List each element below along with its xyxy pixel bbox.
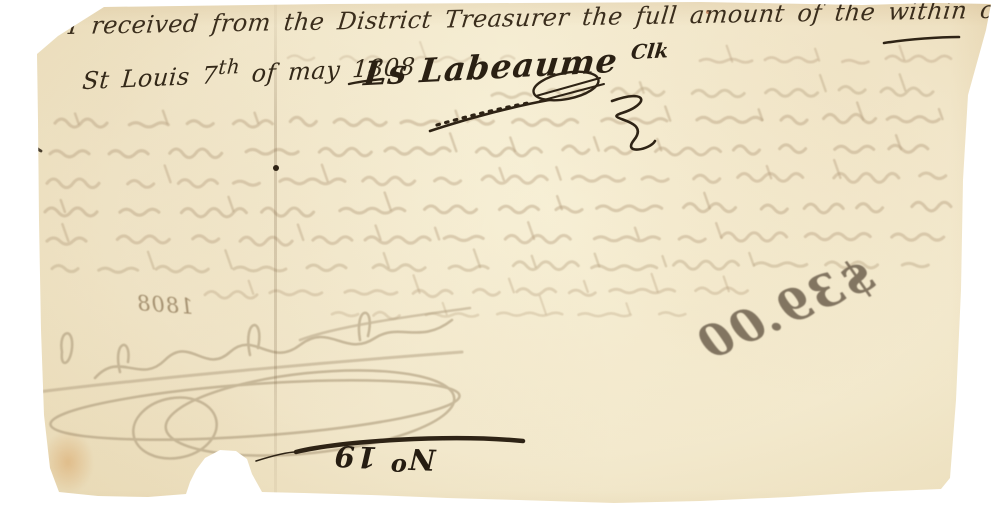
signature-zigzag-paraph <box>612 96 655 149</box>
paper-stain <box>42 430 94 494</box>
body-line-trailing-dash <box>884 37 959 43</box>
signature-dotted-flourish <box>437 103 528 125</box>
bleedthrough-year: 1808 <box>135 291 194 319</box>
date-text-pre: St Louis 7 <box>81 61 219 95</box>
signature-suffix: Clk <box>630 38 670 64</box>
receipt-paper: $39.00 1808 I received from the Distr <box>0 0 1000 527</box>
docket-ordinal: o <box>388 453 407 483</box>
docket-number: No19 <box>317 439 450 484</box>
docket-letter: N <box>406 442 436 477</box>
date-ordinal: th <box>217 54 241 79</box>
body-line: I received from the District Treasurer t… <box>67 0 1000 40</box>
signature-underline-flourish <box>430 100 549 131</box>
docket-value: 19 <box>332 439 378 475</box>
left-edge-ink-mark <box>33 128 41 151</box>
scanned-receipt-image: $39.00 1808 I received from the Distr <box>0 0 1000 527</box>
bleedthrough-amount: $39.00 <box>675 240 898 379</box>
